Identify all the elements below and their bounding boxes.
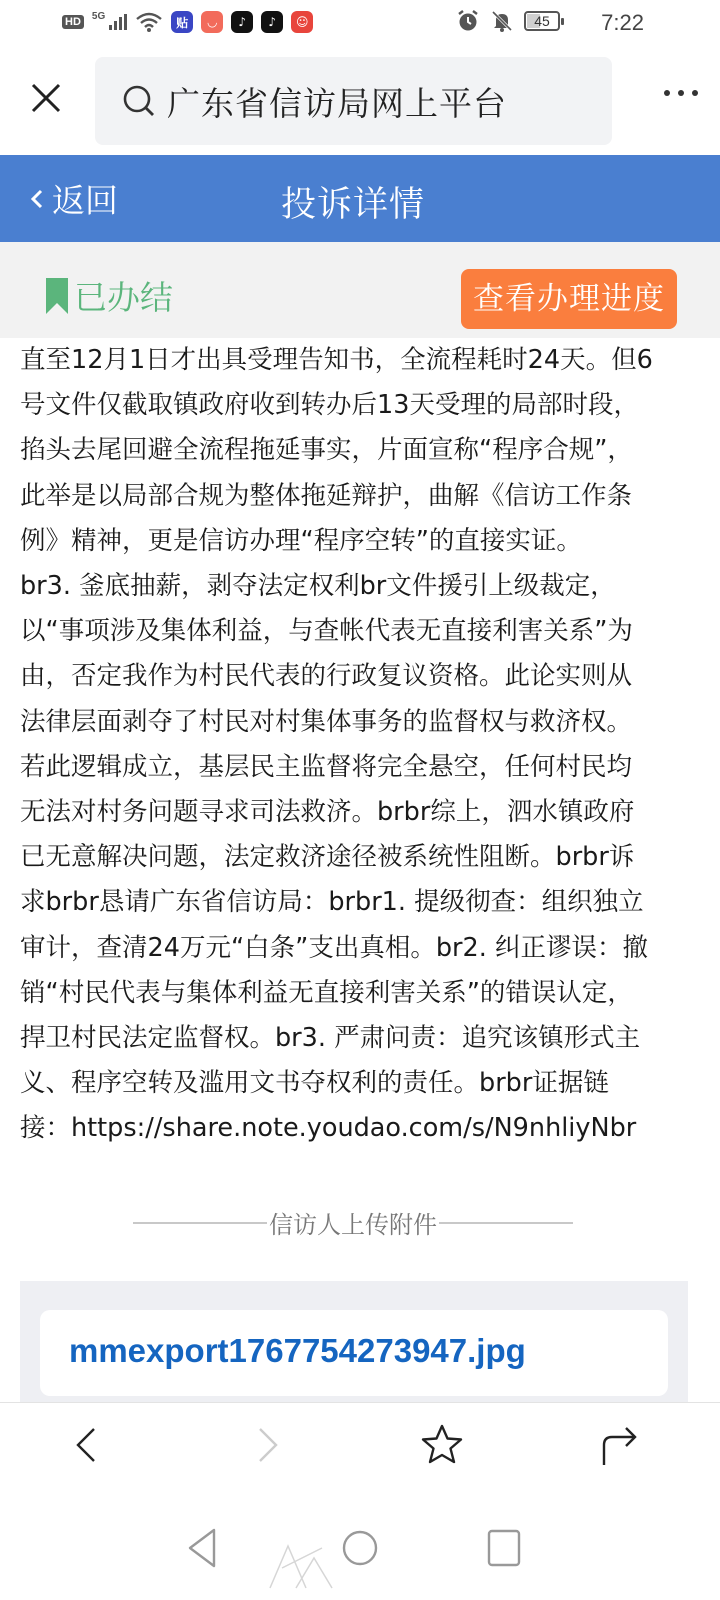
attachment-item[interactable]: mmexport1767754273947.jpg <box>40 1310 668 1396</box>
mute-icon <box>490 9 514 33</box>
content-line: 以“事项涉及集体利益，与查帐代表无直接利害关系”为 <box>20 609 696 654</box>
view-progress-button[interactable]: 查看办理进度 <box>461 269 677 329</box>
attachments-section-label: 信访人上传附件 <box>267 1205 439 1240</box>
back-icon[interactable] <box>62 1421 110 1469</box>
forward-icon[interactable] <box>244 1421 292 1469</box>
content-line: br3. 釜底抽薪，剥夺法定权利br文件援引上级裁定， <box>20 564 696 609</box>
tieba-icon: 贴 <box>171 11 193 33</box>
page-title: 投诉详情 <box>0 177 720 227</box>
signal-icon <box>109 14 127 30</box>
clock: 7:22 <box>601 10 644 36</box>
content-line: 捍卫村民法定监督权。br3. 严肃问责：追究该镇形式主 <box>20 1016 696 1061</box>
content-line: 无法对村务问题寻求司法救济。brbr综上，泗水镇政府 <box>20 790 696 835</box>
content-line: 此举是以局部合规为整体拖延辩护，曲解《信访工作条 <box>20 474 696 519</box>
search-box[interactable]: 广东省信访局网上平台 <box>95 57 612 145</box>
watermark-logo-icon <box>262 1538 342 1590</box>
app-header: 返回 投诉详情 <box>0 155 720 242</box>
status-label: 已办结 <box>74 272 173 319</box>
browser-bar: 广东省信访局网上平台 <box>0 48 720 155</box>
watermark <box>262 1538 462 1590</box>
attachments-divider: 信访人上传附件 <box>133 1205 573 1237</box>
wifi-icon <box>135 12 163 32</box>
content-line: 掐头去尾回避全流程拖延事实，片面宣称“程序合规”， <box>20 428 696 473</box>
content-line: 法律层面剥夺了村民对村集体事务的监督权与救济权。 <box>20 700 696 745</box>
dot-icon <box>678 90 684 96</box>
share-icon[interactable] <box>594 1421 642 1469</box>
dot-icon <box>664 90 670 96</box>
douyin-icon: ♪ <box>231 11 253 33</box>
shopping-icon: ◡ <box>201 11 223 33</box>
status-row: 已办结 查看办理进度 <box>0 242 720 338</box>
content-line: 审计，查清24万元“白条”支出真相。br2. 纠正谬误：撤 <box>20 926 696 971</box>
bookmark-icon <box>46 278 68 314</box>
content-line: 义、程序空转及滥用文书夺权利的责任。brbr证据链 <box>20 1061 696 1106</box>
close-icon[interactable] <box>28 80 64 116</box>
dot-icon <box>692 90 698 96</box>
content-line: 例》精神，更是信访办理“程序空转”的直接实证。 <box>20 519 696 564</box>
star-icon[interactable] <box>418 1421 466 1469</box>
system-nav-bar <box>0 1498 720 1600</box>
attachments-panel: mmexport1767754273947.jpg <box>20 1281 688 1411</box>
content-line: 求brbr恳请广东省信访局：brbr1. 提级彻查：组织独立 <box>20 880 696 925</box>
status-bar: HD 5G 贴 ◡ ♪ ♪ ☺ 45 <box>0 0 720 48</box>
search-text: 广东省信访局网上平台 <box>167 78 507 125</box>
network-type: 5G <box>92 11 105 22</box>
search-icon <box>121 83 157 119</box>
battery-icon: 45 <box>524 11 560 31</box>
content-line: 由，否定我作为村民代表的行政复议资格。此论实则从 <box>20 654 696 699</box>
game-icon: ☺ <box>291 11 313 33</box>
status-bar-left: HD 5G 贴 ◡ ♪ ♪ ☺ <box>62 11 313 33</box>
content-line: 若此逻辑成立，基层民主监督将完全悬空，任何村民均 <box>20 745 696 790</box>
attachment-link[interactable]: mmexport1767754273947.jpg <box>69 1332 526 1370</box>
alarm-icon <box>456 9 480 33</box>
content-line: 销“村民代表与集体利益无直接利害关系”的错误认定， <box>20 971 696 1016</box>
nav-recents-icon[interactable] <box>484 1526 524 1570</box>
status-bar-right: 45 <box>456 9 560 33</box>
nav-back-icon[interactable] <box>184 1526 224 1570</box>
battery-level: 45 <box>534 13 550 29</box>
complaint-content: 直至12月1日才出具受理告知书，全流程耗时24天。但6 号文件仅截取镇政府收到转… <box>20 338 696 1152</box>
content-line: 直至12月1日才出具受理告知书，全流程耗时24天。但6 <box>20 338 696 383</box>
hd-icon: HD <box>62 15 84 29</box>
content-line: 已无意解决问题，法定救济途径被系统性阻断。brbr诉 <box>20 835 696 880</box>
douyin-icon-2: ♪ <box>261 11 283 33</box>
status-badge: 已办结 <box>46 272 173 319</box>
more-options-button[interactable] <box>664 90 698 96</box>
content-line: 号文件仅截取镇政府收到转办后13天受理的局部时段， <box>20 383 696 428</box>
browser-toolbar <box>0 1402 720 1498</box>
content-line: 接：https://share.note.youdao.com/s/N9nhli… <box>20 1106 696 1151</box>
